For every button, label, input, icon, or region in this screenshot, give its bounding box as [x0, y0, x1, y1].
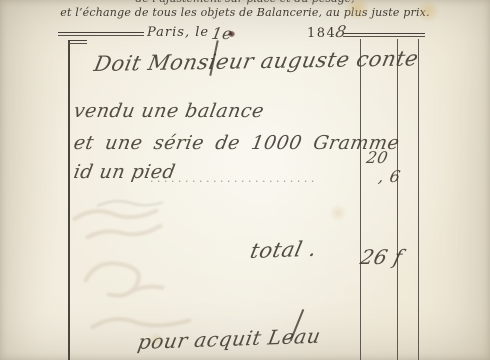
dateline-year-handwritten: 8	[334, 22, 348, 41]
amount-row-2: , 6	[377, 167, 402, 186]
bleed-through-ghost-1	[68, 200, 178, 260]
invoice-document-photo: de l’ajustement sur place et du pesage, …	[0, 0, 490, 360]
ink-blot	[228, 31, 235, 37]
amount-column-rule-3	[418, 39, 419, 360]
left-margin-rule	[68, 41, 70, 360]
amount-row-1: 20	[365, 148, 390, 167]
printed-header-line2: et l’échange de tous les objets de Balan…	[55, 6, 435, 20]
item-line-2: et une série de 1000 Gramme	[72, 132, 401, 154]
total-value: 26 f	[358, 245, 405, 269]
dateline-place-label: Paris, le	[147, 25, 209, 40]
leader-dots: ........................	[150, 172, 318, 185]
left-margin-top-bar	[68, 40, 87, 44]
dateline-left-rule	[58, 32, 144, 36]
amount-column-rule-1	[360, 39, 361, 360]
item-line-1: vendu une balance	[72, 100, 266, 122]
total-label: total .	[248, 237, 319, 263]
amount-column-rule-2	[397, 39, 398, 360]
pencil-scribble-ghost	[95, 196, 165, 212]
dateline-right-rule	[343, 33, 425, 37]
dateline-year-printed: 184	[307, 26, 336, 41]
paper-stain-mid-right	[328, 205, 348, 221]
doit-line: Doit Monsieur auguste conte	[92, 46, 421, 76]
bleed-through-ghost-2	[75, 252, 175, 307]
